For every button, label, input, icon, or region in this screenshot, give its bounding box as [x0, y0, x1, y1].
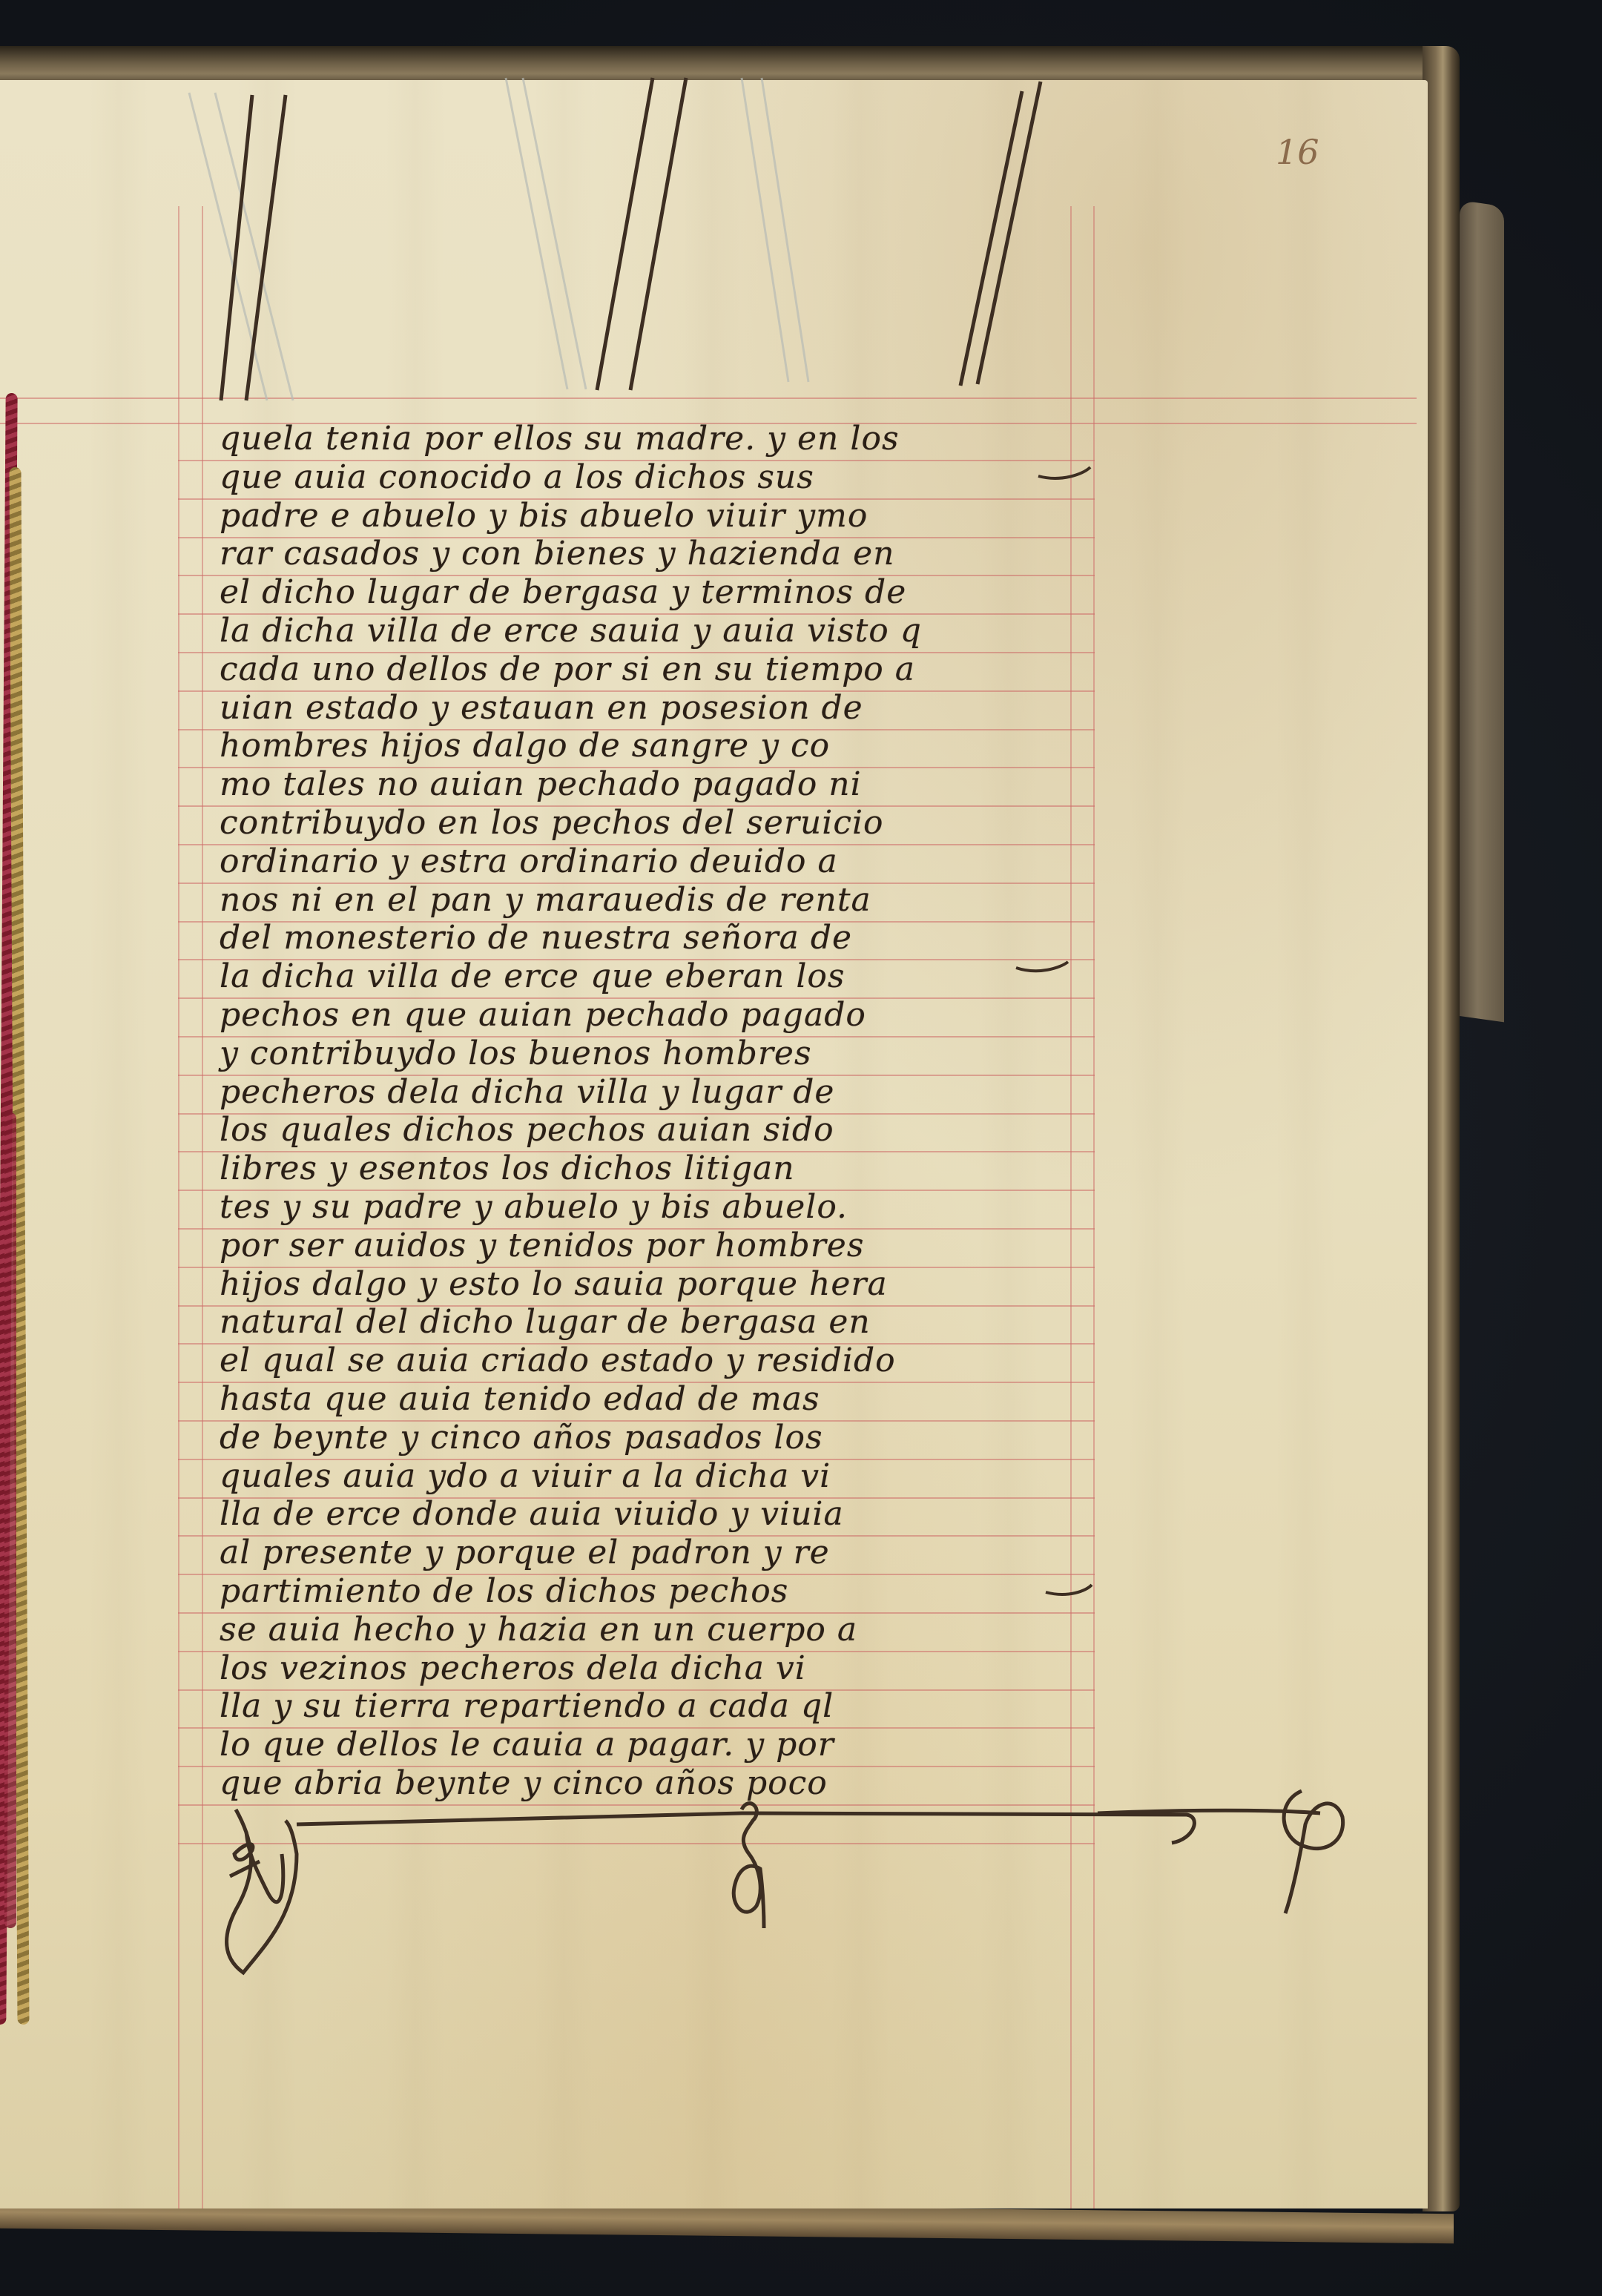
manuscript-line: la dicha villa de erce que eberan los	[220, 957, 1095, 996]
manuscript-line: cada uno dellos de por si en su tiempo a	[220, 650, 1095, 689]
manuscript-line: tes y su padre y abuelo y bis abuelo.	[220, 1188, 1095, 1227]
manuscript-line: que abria beynte y cinco años poco	[220, 1764, 1095, 1803]
manuscript-line: el dicho lugar de bergasa y terminos de	[220, 573, 1095, 612]
manuscript-line: padre e abuelo y bis abuelo viuir ymo	[220, 497, 1095, 535]
manuscript-line: de beynte y cinco años pasados los	[220, 1419, 1095, 1457]
manuscript-line: del monesterio de nuestra señora de	[220, 919, 1095, 957]
manuscript-line: libres y esentos los dichos litigan	[220, 1149, 1095, 1188]
manuscript-line: se auia hecho y hazia en un cuerpo a	[220, 1611, 1095, 1649]
manuscript-line: hombres hijos dalgo de sangre y co	[220, 727, 1095, 765]
manuscript-line: lla de erce donde auia viuido y viuia	[220, 1495, 1095, 1534]
manuscript-line: los vezinos pecheros dela dicha vi	[220, 1649, 1095, 1688]
manuscript-line: natural del dicho lugar de bergasa en	[220, 1303, 1095, 1342]
manuscript-line: rar casados y con bienes y hazienda en	[220, 535, 1095, 573]
manuscript-line: ordinario y estra ordinario deuido a	[220, 842, 1095, 881]
manuscript-line: pechos en que auian pechado pagado	[220, 996, 1095, 1035]
folio-number: 16	[1276, 132, 1319, 172]
manuscript-line: los quales dichos pechos auian sido	[220, 1111, 1095, 1149]
manuscript-line: mo tales no auian pechado pagado ni	[220, 765, 1095, 804]
manuscript-line: partimiento de los dichos pechos	[220, 1572, 1095, 1611]
manuscript-line: hasta que auia tenido edad de mas	[220, 1380, 1095, 1419]
manuscript-line: al presente y porque el padron y re	[220, 1534, 1095, 1572]
double-slash-marks	[221, 78, 1041, 400]
manuscript-line: lla y su tierra repartiendo a cada ql	[220, 1687, 1095, 1726]
manuscript-line: la dicha villa de erce sauia y auia vist…	[220, 612, 1095, 650]
manuscript-text-block: quela tenia por ellos su madre. y en los…	[220, 420, 1095, 1803]
manuscript-line: pecheros dela dicha villa y lugar de	[220, 1073, 1095, 1112]
closing-flourishes	[227, 1791, 1343, 1973]
manuscript-line: hijos dalgo y esto lo sauia porque hera	[220, 1265, 1095, 1304]
manuscript-line: contribuydo en los pechos del seruicio	[220, 804, 1095, 842]
manuscript-line: y contribuydo los buenos hombres	[220, 1035, 1095, 1073]
manuscript-line: nos ni en el pan y marauedis de renta	[220, 881, 1095, 920]
manuscript-line: uian estado y estauan en posesion de	[220, 689, 1095, 728]
manuscript-line: por ser auidos y tenidos por hombres	[220, 1227, 1095, 1265]
manuscript-line: lo que dellos le cauia a pagar. y por	[220, 1726, 1095, 1764]
manuscript-line: que auia conocido a los dichos sus	[220, 458, 1095, 497]
manuscript-line: quela tenia por ellos su madre. y en los	[220, 420, 1095, 458]
manuscript-line: el qual se auia criado estado y residido	[220, 1342, 1095, 1380]
manuscript-line: quales auia ydo a viuir a la dicha vi	[220, 1457, 1095, 1496]
